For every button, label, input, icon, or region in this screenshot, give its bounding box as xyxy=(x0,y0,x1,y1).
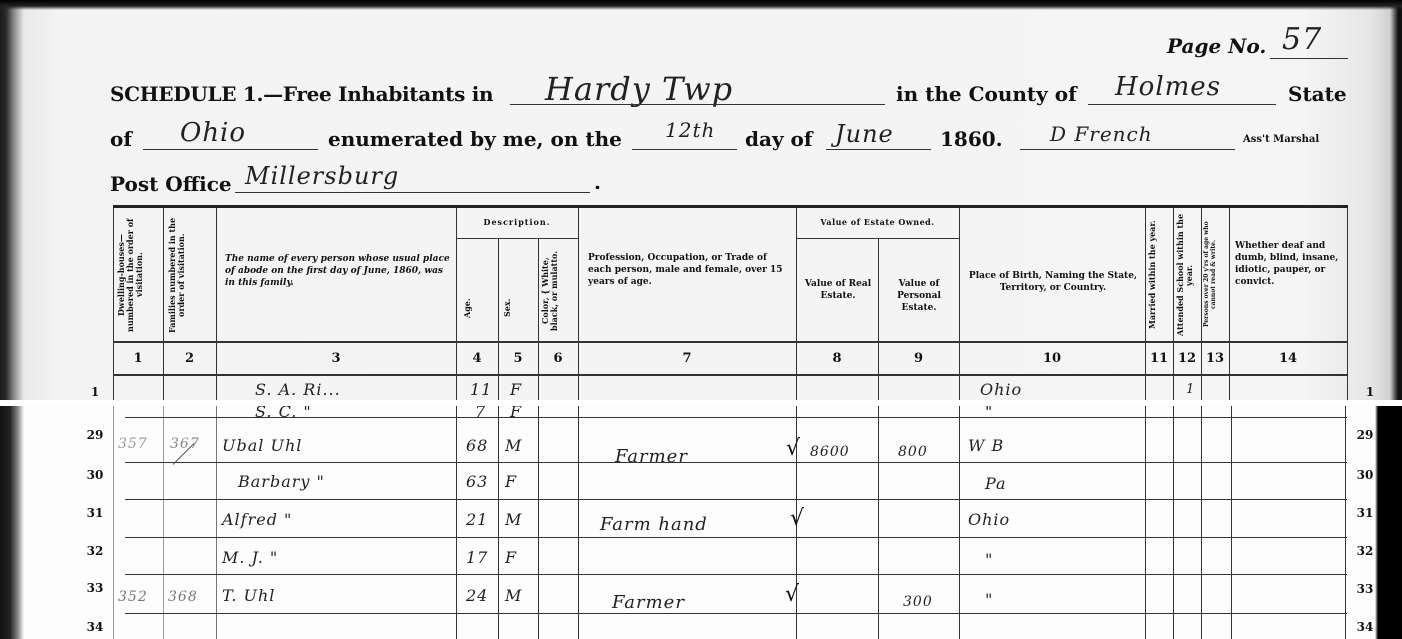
schedule-title: SCHEDULE 1.—Free Inhabitants in xyxy=(110,82,493,106)
partial-row-name: S. C. " xyxy=(255,406,312,421)
line-number: 34 xyxy=(80,620,110,634)
family-number: 367 xyxy=(170,436,200,452)
post-office-period: . xyxy=(594,170,601,194)
line-number: 31 xyxy=(80,506,110,520)
enumerated-label: enumerated by me, on the xyxy=(328,127,622,151)
col2-header: Families numbered in the order of visita… xyxy=(168,214,212,336)
col-number-13: 13 xyxy=(1201,351,1229,366)
marshal-name: D French xyxy=(1050,122,1153,146)
county-underline xyxy=(1088,104,1276,105)
row1-sex: F xyxy=(510,380,522,399)
col6-header: Color, { White, black, or mulatto. xyxy=(541,243,575,338)
township-value: Hardy Twp xyxy=(545,70,733,108)
month-underline xyxy=(826,149,931,150)
birthplace: " xyxy=(985,550,993,569)
line-number-1-left: 1 xyxy=(80,385,110,399)
person-sex: M xyxy=(505,436,522,455)
line-number: 30 xyxy=(80,468,110,482)
day-underline xyxy=(632,149,737,150)
day-of-label: day of xyxy=(745,127,812,151)
col-number-7: 7 xyxy=(578,351,796,366)
col12-header: Attended School within the year. xyxy=(1176,212,1198,338)
check-mark: √ xyxy=(786,436,800,461)
dwelling-number: 352 xyxy=(118,589,148,605)
post-office-label: Post Office xyxy=(110,172,232,196)
of-label: of xyxy=(110,127,132,151)
col4-header: Age. xyxy=(463,278,493,338)
person-name: Alfred " xyxy=(222,510,292,529)
line-number-right: 30 xyxy=(1350,468,1380,482)
partial-row-birthplace: " xyxy=(985,406,993,421)
col-number-8: 8 xyxy=(796,351,878,366)
col7-header: Profession, Occupation, or Trade of each… xyxy=(588,252,793,288)
real-estate-value: 8600 xyxy=(810,444,850,460)
birthplace: W B xyxy=(968,436,1004,455)
township-underline xyxy=(510,104,885,105)
occupation: Farmer xyxy=(612,592,685,613)
personal-estate-value: 300 xyxy=(903,594,933,610)
line-number-1-right: 1 xyxy=(1355,385,1385,399)
line-number: 32 xyxy=(80,544,110,558)
col1-header: Dwelling-houses—numbered in the order of… xyxy=(117,214,159,336)
person-name: Ubal Uhl xyxy=(222,436,302,455)
description-group-header: Description. xyxy=(456,216,578,228)
col-number-10: 10 xyxy=(959,351,1145,366)
row1-birthplace: Ohio xyxy=(980,380,1022,399)
col9-header: Value of Personal Estate. xyxy=(883,278,955,314)
col-number-4: 4 xyxy=(456,351,498,366)
person-age: 63 xyxy=(466,472,488,491)
col-number-2: 2 xyxy=(163,351,216,366)
page-number-value: 57 xyxy=(1282,22,1322,57)
birthplace: Pa xyxy=(985,474,1007,493)
column-header-table: Dwelling-houses—numbered in the order of… xyxy=(113,205,1348,376)
person-age: 21 xyxy=(466,510,488,529)
state-underline xyxy=(143,149,318,150)
census-header-scan: Page No. 57 SCHEDULE 1.—Free Inhabitants… xyxy=(0,0,1402,400)
col3-header: The name of every person whose usual pla… xyxy=(225,253,450,289)
check-mark: √ xyxy=(785,582,799,607)
occupation: Farm hand xyxy=(600,514,708,535)
person-name: M. J. " xyxy=(222,548,278,567)
county-label: in the County of xyxy=(896,82,1077,106)
line-number-right: 32 xyxy=(1350,544,1380,558)
partial-row-sex: F xyxy=(510,406,522,421)
row1-school: 1 xyxy=(1186,382,1195,397)
person-sex: F xyxy=(505,472,517,491)
birthplace: Ohio xyxy=(968,510,1010,529)
col-number-14: 14 xyxy=(1229,351,1347,366)
check-mark: √ xyxy=(790,506,804,531)
partial-row-age: 7 xyxy=(475,406,486,421)
estate-group-header: Value of Estate Owned. xyxy=(796,216,959,228)
marshal-underline xyxy=(1020,149,1235,150)
col-number-5: 5 xyxy=(498,351,538,366)
census-rows-scan: S. C. " 7 F " 29 357 367 Ubal Uhl 68 M F… xyxy=(0,406,1402,639)
occupation: Farmer xyxy=(615,446,688,467)
person-age: 17 xyxy=(466,548,488,567)
col14-header: Whether deaf and dumb, blind, insane, id… xyxy=(1235,240,1345,288)
col13-header: Persons over 20 y'rs of age who cannot r… xyxy=(1203,210,1227,338)
line-number: 33 xyxy=(80,581,110,595)
marshal-label: Ass't Marshal xyxy=(1243,134,1319,145)
family-number: 368 xyxy=(168,589,198,605)
person-sex: F xyxy=(505,548,517,567)
row1-age: 11 xyxy=(470,380,492,399)
line-number: 29 xyxy=(80,428,110,442)
line-number-right: 31 xyxy=(1350,506,1380,520)
person-name: Barbary " xyxy=(238,472,325,491)
col-number-11: 11 xyxy=(1145,351,1173,366)
county-value: Holmes xyxy=(1115,72,1221,102)
year-label: 1860. xyxy=(940,127,1003,151)
post-office-underline xyxy=(235,192,590,193)
state-value: Ohio xyxy=(180,118,246,148)
dwelling-number: 357 xyxy=(118,436,148,452)
post-office-value: Millersburg xyxy=(245,162,399,190)
person-age: 24 xyxy=(466,586,488,605)
birthplace: " xyxy=(985,590,993,609)
person-name: T. Uhl xyxy=(222,586,275,605)
month-value: June xyxy=(835,120,894,148)
page-number-underline xyxy=(1270,58,1348,59)
person-age: 68 xyxy=(466,436,488,455)
col8-header: Value of Real Estate. xyxy=(803,278,873,302)
personal-estate-value: 800 xyxy=(898,444,928,460)
col10-header: Place of Birth, Naming the State, Territ… xyxy=(968,270,1138,294)
line-number-right: 29 xyxy=(1350,428,1380,442)
col11-header: Married within the year. xyxy=(1148,212,1170,338)
day-value: 12th xyxy=(665,118,715,142)
col-number-12: 12 xyxy=(1173,351,1201,366)
col5-header: Sex. xyxy=(503,278,533,338)
line-number-right: 34 xyxy=(1350,620,1380,634)
col-number-1: 1 xyxy=(113,351,163,366)
page-number-label: Page No. xyxy=(1167,34,1266,58)
person-sex: M xyxy=(505,510,522,529)
row1-name: S. A. Ri... xyxy=(255,380,341,399)
line-number-right: 33 xyxy=(1350,582,1380,596)
person-sex: M xyxy=(505,586,522,605)
col-number-6: 6 xyxy=(538,351,578,366)
col-number-3: 3 xyxy=(216,351,456,366)
state-label: State xyxy=(1288,82,1347,106)
col-number-9: 9 xyxy=(878,351,959,366)
